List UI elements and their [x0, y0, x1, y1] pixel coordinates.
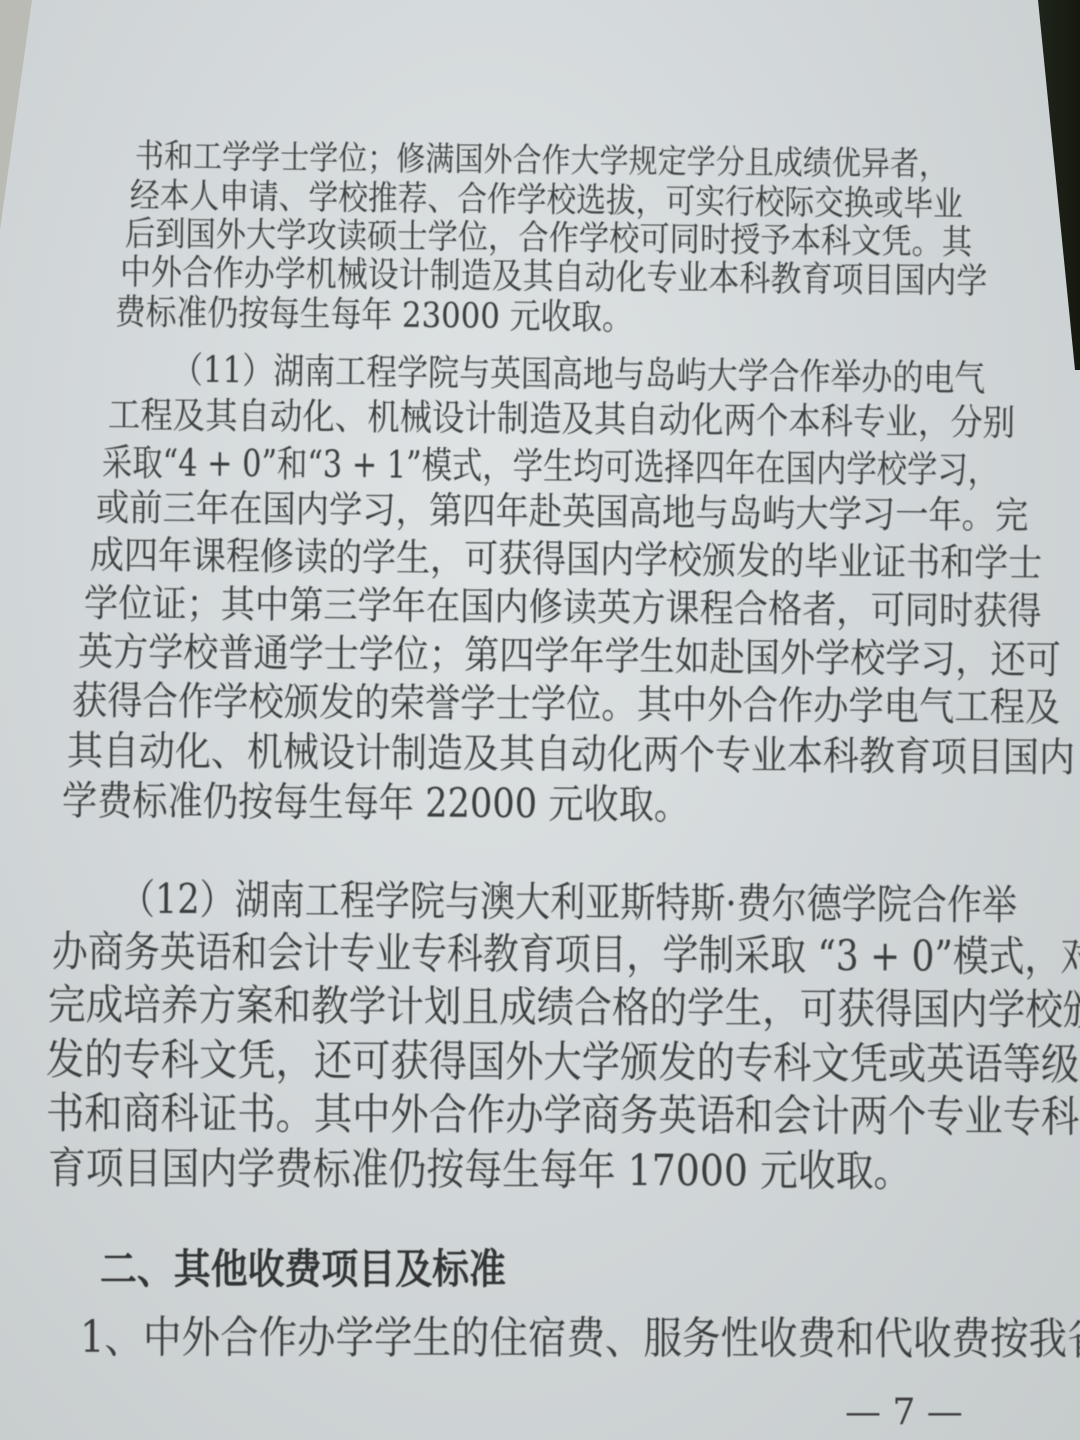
section-heading: 二、其他收费项目及标准 [100, 1236, 506, 1295]
text-line: 育项目国内学费标准仍按每生每年 17000 元收取。 [48, 1135, 912, 1199]
page-number: — 7 — [845, 1392, 963, 1433]
text-line: 费标准仍按每生每年 23000 元收取。 [115, 285, 633, 340]
text-line: 学费标准仍按每生每年 22000 元收取。 [62, 769, 690, 830]
text-line-item-1: 1、中外合作办学学生的住宿费、服务性收费和代收费按我省 [80, 1301, 1080, 1367]
